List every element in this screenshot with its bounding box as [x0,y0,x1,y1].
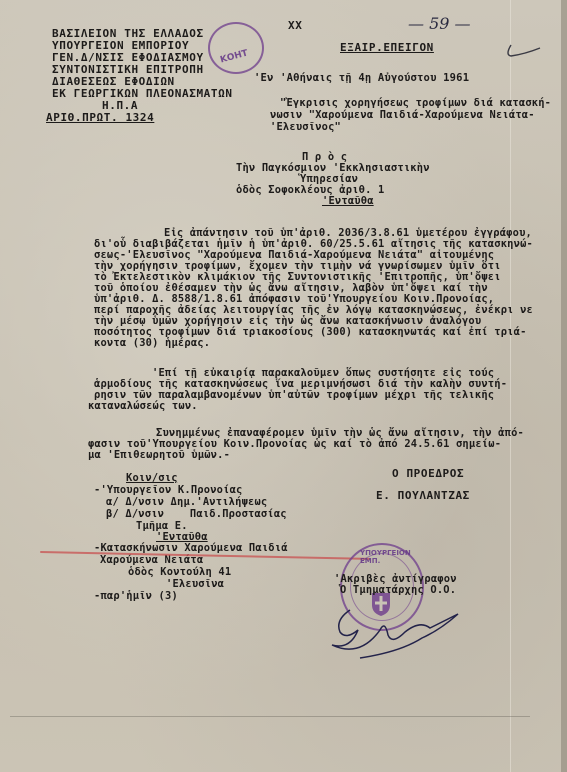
handwritten-check-icon [505,40,545,60]
handwritten-page-number: — 59 — [408,14,471,33]
certification-line: Ὁ Τμηματάρχης Ο.Ο. [340,585,456,597]
distribution-line: α/ Δ/νσιν Δημ.'Αντιλήψεως [106,497,267,509]
subject-line: 'Ελευσῖνος" [270,122,341,134]
stamp-text: ΥΠΟΥΡΓΕΙΟΝ ΕΜΠ. [360,549,422,565]
protocol-number: ΑΡΙΘ.ΠΡΩΤ. 1324 [46,112,154,125]
signatory-title: Ο ΠΡΟΕΔΡΟΣ [392,468,464,481]
round-stamp-top: ΚΟΗΤ [208,22,264,74]
recipient-city: 'Ενταῦθα [322,196,374,208]
subject-line: νωσιν "Χαρούμενα Παιδιά-Χαρούμενα Νειάτα… [270,110,535,122]
subject-line: "Ἐγκρισις χορηγήσεως τροφίμων διά κατασκ… [280,98,551,110]
paper-edge [561,0,567,772]
distribution-line: Χαρούμενα Νειάτα [100,555,203,567]
mark-xx: ΧΧ [288,20,302,33]
distribution-line: β/ Δ/νσιν Παιδ.Προστασίας [106,509,287,521]
signatory-name: Ε. ΠΟΥΛΑΝΤΖΑΣ [376,490,470,503]
paper-fold-horizontal [10,716,530,717]
stamp-text: ΚΟΗΤ [219,49,249,66]
distribution-line: ὁδὸς Κοντούλη 41 [128,567,231,579]
distribution-line: -'Υπουργεῖον Κ.Προνοίας [94,485,242,497]
distribution-heading: Κοιν/σις [126,473,178,485]
letterhead-line: ΕΚ ΓΕΩΡΓΙΚΩΝ ΠΛΕΟΝΑΣΜΑΤΩΝ [52,88,233,101]
distribution-line: -παρ'ἡμῖν (3) [94,591,178,603]
body-line: κοντα (30) ἡμέρας. [94,338,210,350]
body-line: καταναλώσεώς των. [88,401,198,413]
handwritten-signature [330,600,470,660]
distribution-line: 'Ελευσῖνα [166,579,224,591]
body-line: μα 'Επιθεωρητοῦ ὑμῶν.- [88,450,230,462]
place-date: 'Εν 'Αθήναις τῇ 4ῃ Αὐγούστου 1961 [254,72,469,84]
classification-label: ΕΞΑΙΡ.ΕΠΕΙΓΟΝ [340,42,434,55]
